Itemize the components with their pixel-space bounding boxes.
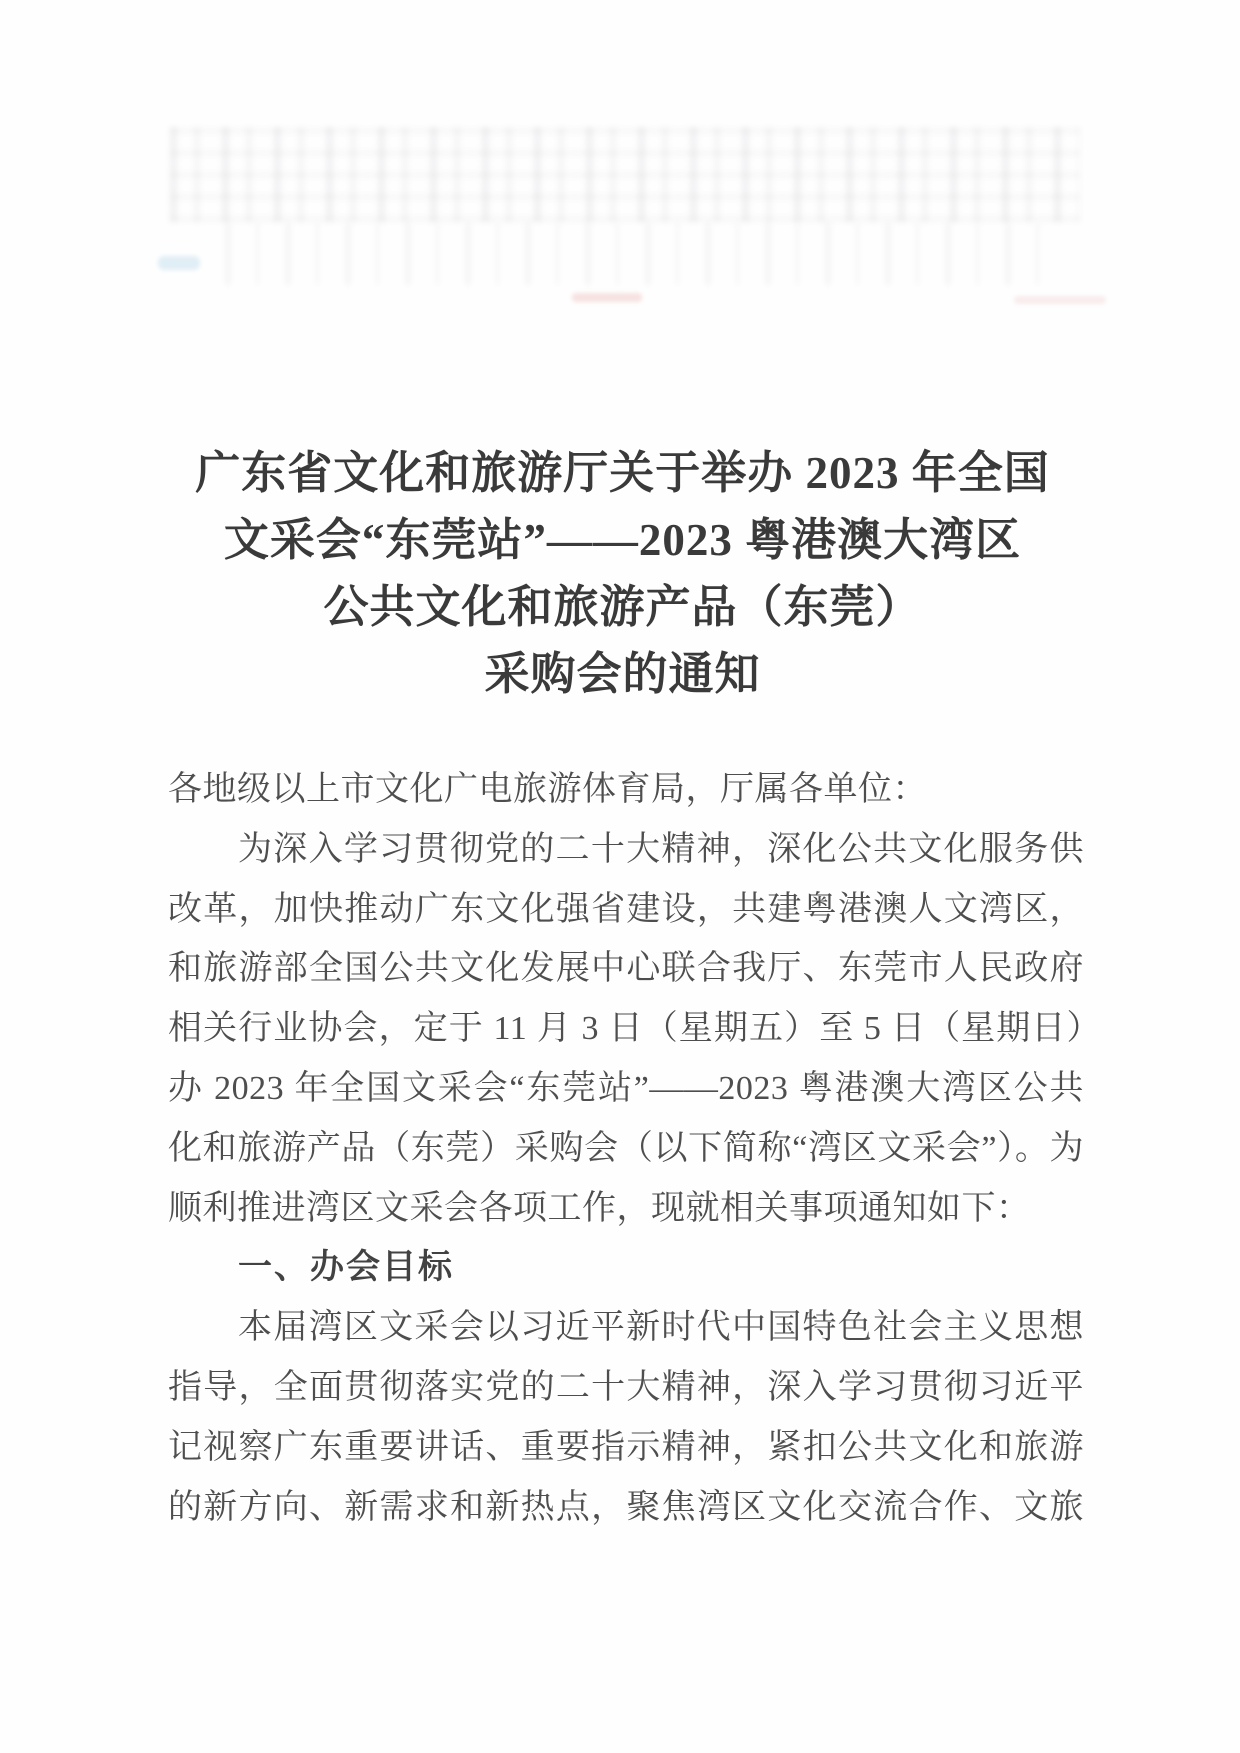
body-line: 办 2023 年全国文采会“东莞站”——2023 粤港澳大湾区公共文	[168, 1059, 1084, 1119]
body-line: 化和旅游产品（东莞）采购会（以下简称“湾区文采会”）。为	[168, 1119, 1084, 1179]
title-line: 文采会“东莞站”——2023 粤港澳大湾区	[160, 507, 1085, 574]
section-heading: 一、办会目标	[168, 1238, 1084, 1298]
body-line: 为深入学习贯彻党的二十大精神，深化公共文化服务供给侧	[168, 820, 1084, 880]
letterhead-ghost-row	[225, 223, 1045, 285]
body-line: 指导，全面贯彻落实党的二十大精神，深入学习贯彻习近平总书	[168, 1358, 1084, 1418]
scan-artifact-smudge	[1014, 296, 1106, 304]
body-line: 本届湾区文采会以习近平新时代中国特色社会主义思想为	[168, 1298, 1084, 1358]
body-line: 相关行业协会，定于 11 月 3 日（星期五）至 5 日（星期日）举	[168, 999, 1084, 1059]
body-line: 改革，加快推动广东文化强省建设，共建粤港澳人文湾区，文化	[168, 880, 1084, 940]
document-body: 各地级以上市文化广电旅游体育局，厅属各单位： 为深入学习贯彻党的二十大精神，深化…	[168, 760, 1084, 1537]
title-line: 公共文化和旅游产品（东莞）	[160, 574, 1085, 641]
scan-artifact-smudge	[572, 293, 642, 302]
document-title: 广东省文化和旅游厅关于举办 2023 年全国 文采会“东莞站”——2023 粤港…	[160, 440, 1085, 708]
document-page: 广东省文化和旅游厅关于举办 2023 年全国 文采会“东莞站”——2023 粤港…	[0, 0, 1240, 1753]
title-line: 采购会的通知	[160, 641, 1085, 708]
title-line: 广东省文化和旅游厅关于举办 2023 年全国	[160, 440, 1085, 507]
scan-artifact-smudge	[158, 256, 200, 270]
letterhead-ghost	[170, 115, 1080, 290]
body-line: 和旅游部全国公共文化发展中心联合我厅、东莞市人民政府以及	[168, 939, 1084, 999]
body-line: 记视察广东重要讲话、重要指示精神，紧扣公共文化和旅游服务	[168, 1418, 1084, 1478]
letterhead-ghost-row	[170, 127, 1080, 222]
body-line: 顺利推进湾区文采会各项工作，现就相关事项通知如下：	[168, 1179, 1084, 1239]
body-line: 的新方向、新需求和新热点，聚焦湾区文化交流合作、文旅产业	[168, 1478, 1084, 1538]
body-line-salutation: 各地级以上市文化广电旅游体育局，厅属各单位：	[168, 760, 1084, 820]
